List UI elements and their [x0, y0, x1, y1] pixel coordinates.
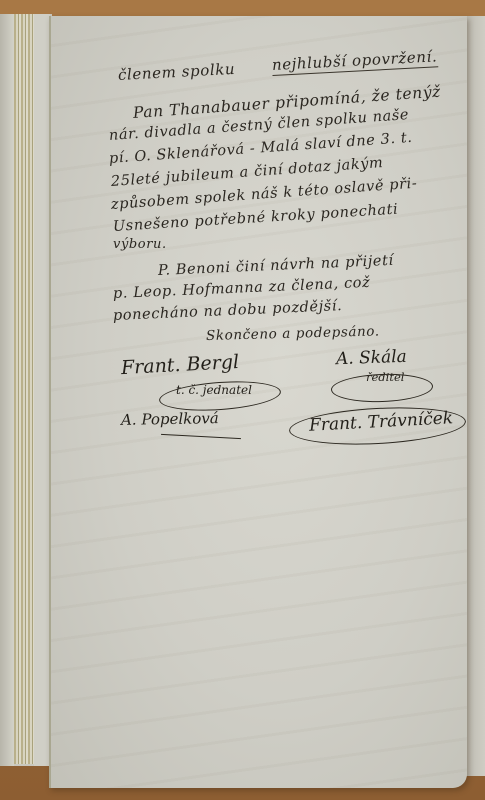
signature-skala: A. Skála: [336, 347, 407, 369]
left-page-edge: [0, 14, 14, 766]
text-line-8: výboru.: [113, 237, 167, 252]
book-binding: [14, 14, 35, 764]
manuscript-page: členem spolku nejhlubší opovržení. Pan T…: [49, 16, 467, 788]
page-gutter: [34, 14, 50, 766]
signature-popelkova: A. Popelková: [121, 409, 219, 429]
signature-bergl-role: t. č. jednatel: [176, 383, 252, 397]
